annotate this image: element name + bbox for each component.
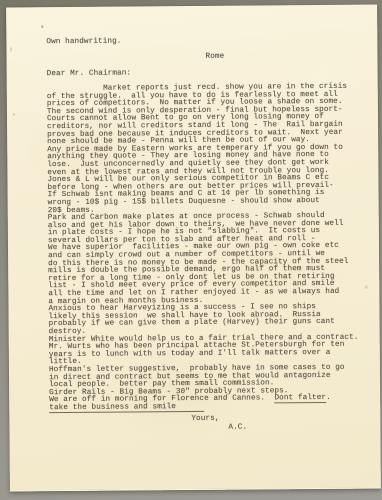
signature-initials: A.C. bbox=[228, 424, 247, 432]
paper-speck bbox=[10, 47, 11, 51]
underlined-text: take the business and smile bbox=[49, 403, 176, 413]
body-text: . bbox=[326, 394, 331, 402]
paper-speck bbox=[365, 286, 367, 289]
underlined-text: Dont falter bbox=[274, 394, 326, 403]
salutation: Dear Mr. Chairman: bbox=[47, 69, 132, 78]
letter-page: Own handwriting. Rome Dear Mr. Chairman:… bbox=[6, 5, 381, 492]
paper-speck bbox=[41, 25, 44, 28]
annotation-own-handwriting: Own handwriting. bbox=[46, 38, 121, 47]
letter-body: Market reports just recd. show you are i… bbox=[47, 84, 359, 413]
underlined-text bbox=[176, 403, 204, 412]
closing: Yours, bbox=[191, 415, 219, 423]
paper-speck bbox=[13, 113, 15, 115]
photo-background: Own handwriting. Rome Dear Mr. Chairman:… bbox=[0, 0, 382, 500]
body-line: take the business and smile bbox=[49, 403, 359, 413]
dateline-rome: Rome bbox=[205, 53, 224, 61]
